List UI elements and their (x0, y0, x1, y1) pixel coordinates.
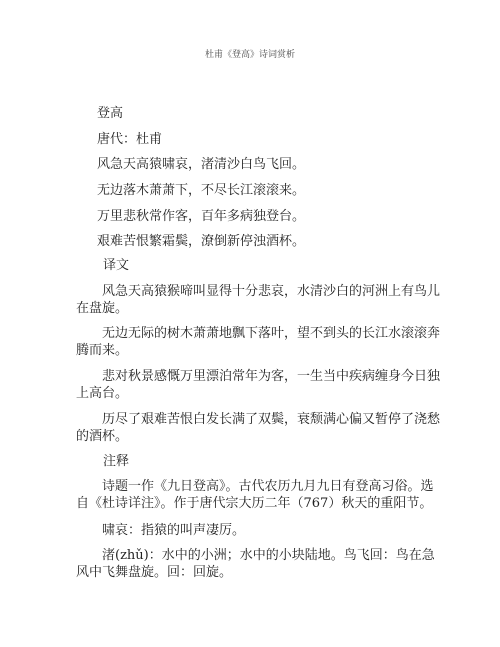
translation-paragraph: 悲对秋景感慨万里漂泊常年为客，一生当中疾病缠身今日独上高台。 (76, 368, 441, 402)
poem-line: 无边落木萧萧下，不尽长江滚滚来。 (97, 183, 305, 199)
poem-line: 风急天高猿啸哀，渚清沙白鸟飞回。 (97, 157, 305, 173)
notes-paragraph: 诗题一作《九日登高》。古代农历九月九日有登高习俗。选自《杜诗详注》。作于唐代宗大… (76, 478, 441, 512)
poem-title: 登高 (97, 106, 123, 122)
document-title: 杜甫《登高》诗词赏析 (0, 47, 500, 60)
notes-paragraph: 啸哀：指猿的叫声凄厉。 (76, 522, 441, 539)
translation-heading: 译文 (103, 258, 129, 274)
poem-author: 唐代：杜甫 (97, 132, 162, 148)
translation-paragraph: 风急天高猿猴啼叫显得十分悲哀，水清沙白的河洲上有鸟儿在盘旋。 (76, 283, 441, 317)
poem-line: 艰难苦恨繁霜鬓，潦倒新停浊酒杯。 (97, 234, 305, 250)
notes-paragraph: 渚(zhǔ)：水中的小洲；水中的小块陆地。鸟飞回：鸟在急风中飞舞盘旋。回：回旋。 (76, 547, 441, 581)
poem-line: 万里悲秋常作客，百年多病独登台。 (97, 209, 305, 225)
notes-heading: 注释 (103, 454, 129, 470)
translation-paragraph: 无边无际的树木萧萧地飘下落叶，望不到头的长江水滚滚奔腾而来。 (76, 325, 441, 359)
translation-paragraph: 历尽了艰难苦恨白发长满了双鬓，衰颓满心偏又暂停了浇愁的酒杯。 (76, 411, 441, 445)
